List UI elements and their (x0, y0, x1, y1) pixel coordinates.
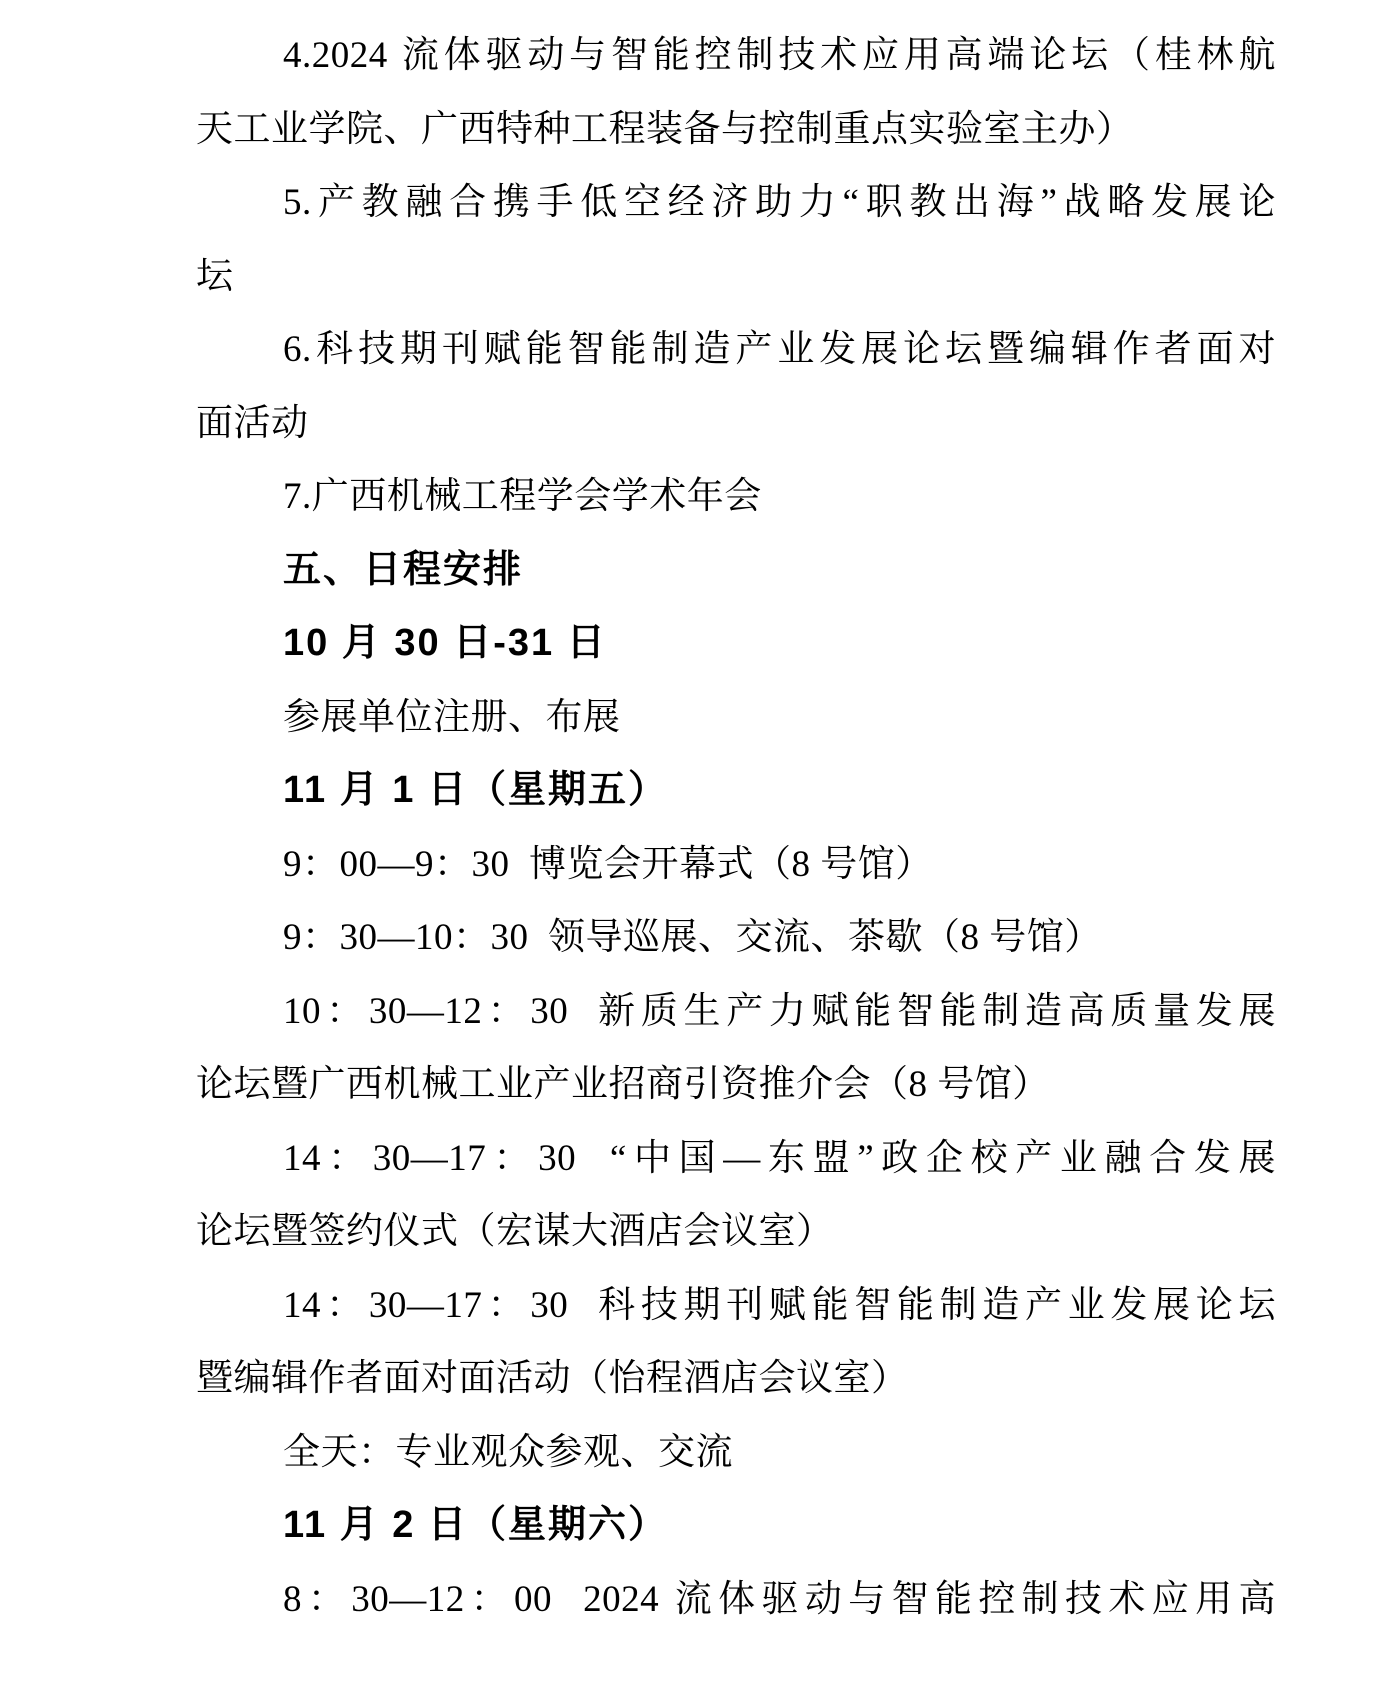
schedule-item-registration: 参展单位注册、布展 (196, 681, 1276, 755)
schedule-date-nov1: 11 月 1 日（星期五） (196, 754, 1276, 828)
doc-line-forum6-a: 6.科技期刊赋能智能制造产业发展论坛暨编辑作者面对 (196, 313, 1276, 387)
doc-line-forum4-a: 4.2024 流体驱动与智能控制技术应用高端论坛（桂林航 (196, 19, 1276, 93)
section-heading-schedule: 五、日程安排 (196, 534, 1276, 608)
schedule-item-casean-a: 14：30—17：30 “中国—东盟”政企校产业融合发展 (196, 1122, 1276, 1196)
schedule-item-allday-visit: 全天：专业观众参观、交流 (196, 1416, 1276, 1490)
document-page: 4.2024 流体驱动与智能控制技术应用高端论坛（桂林航 天工业学院、广西特种工… (0, 0, 1400, 1687)
schedule-item-newforce-a: 10：30—12：30 新质生产力赋能智能制造高质量发展 (196, 975, 1276, 1049)
schedule-item-opening: 9：00—9：30 博览会开幕式（8 号馆） (196, 828, 1276, 902)
schedule-item-newforce-b: 论坛暨广西机械工业产业招商引资推介会（8 号馆） (196, 1048, 1276, 1122)
schedule-item-fluid-forum: 8：30—12：00 2024 流体驱动与智能控制技术应用高 (196, 1563, 1276, 1637)
doc-line-forum6-b: 面活动 (196, 387, 1276, 461)
doc-line-forum5-b: 坛 (196, 240, 1276, 314)
schedule-item-leader-tour: 9：30—10：30 领导巡展、交流、茶歇（8 号馆） (196, 901, 1276, 975)
schedule-date-nov2: 11 月 2 日（星期六） (196, 1489, 1276, 1563)
doc-line-forum5-a: 5.产教融合携手低空经济助力“职教出海”战略发展论 (196, 166, 1276, 240)
schedule-item-journal-a: 14：30—17：30 科技期刊赋能智能制造产业发展论坛 (196, 1269, 1276, 1343)
schedule-item-casean-b: 论坛暨签约仪式（宏谋大酒店会议室） (196, 1195, 1276, 1269)
doc-line-forum4-b: 天工业学院、广西特种工程装备与控制重点实验室主办） (196, 93, 1276, 167)
schedule-item-journal-b: 暨编辑作者面对面活动（怡程酒店会议室） (196, 1342, 1276, 1416)
doc-line-forum7: 7.广西机械工程学会学术年会 (196, 460, 1276, 534)
schedule-date-oct30-31: 10 月 30 日-31 日 (196, 607, 1276, 681)
document-text-block: 4.2024 流体驱动与智能控制技术应用高端论坛（桂林航 天工业学院、广西特种工… (196, 19, 1276, 1636)
